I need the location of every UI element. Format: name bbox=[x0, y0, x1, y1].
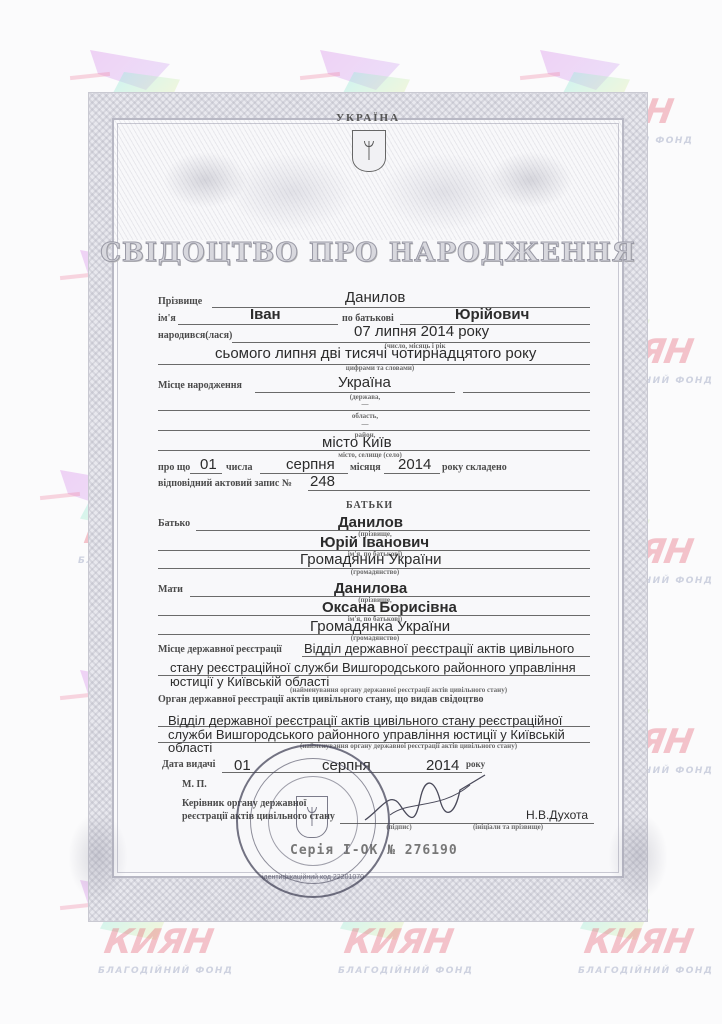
parents-section-title: БАТЬКИ bbox=[346, 500, 393, 511]
record-month: серпня bbox=[286, 456, 335, 473]
signature-hint: (підпис) bbox=[374, 823, 424, 831]
registration-place-line1-text: Відділ державної реєстрації актів цивіль… bbox=[304, 641, 574, 656]
mother-surname: Данилова bbox=[334, 580, 407, 597]
issuer-hint: (найменування органу державної реєстраці… bbox=[300, 742, 450, 750]
head-label-line2: реєстрації актів цивільного стану bbox=[182, 811, 335, 822]
name-line bbox=[178, 324, 338, 325]
mother-name: Оксана Борисівна bbox=[322, 599, 457, 616]
country-heading: УКРАЇНА bbox=[88, 112, 648, 124]
issuer-label: Орган державної реєстрації актів цивільн… bbox=[158, 694, 484, 705]
record-day: 01 bbox=[200, 456, 217, 473]
father-label: Батько bbox=[158, 518, 190, 529]
serial-number: Серія І-ОК № 276190 bbox=[290, 843, 458, 858]
surname-label: Прізвище bbox=[158, 296, 202, 307]
issue-date-label: Дата видачі bbox=[162, 759, 215, 770]
district-value: — bbox=[330, 420, 400, 428]
surname-value: Данилов bbox=[345, 289, 405, 306]
certificate-title: СВІДОЦТВО ПРО НАРОДЖЕННЯ bbox=[88, 238, 648, 268]
father-citizenship-hint: (громадянство) bbox=[320, 568, 430, 576]
issuer-line1-text: Відділ державної реєстрації актів цивіль… bbox=[168, 713, 562, 728]
birth-date-words-hint: цифрами та словами) bbox=[320, 364, 440, 372]
father-citizenship: Громадянин України bbox=[300, 551, 442, 568]
registration-place-line1 bbox=[302, 656, 590, 657]
ornament-bottom-left bbox=[68, 812, 128, 902]
record-day-line bbox=[190, 473, 222, 474]
record-day-label: числа bbox=[226, 462, 252, 473]
head-name-hint: (ініціали та прізвище) bbox=[458, 823, 558, 831]
issue-day: 01 bbox=[234, 757, 251, 774]
seal-label: М. П. bbox=[182, 779, 207, 790]
record-number: 248 bbox=[310, 473, 335, 490]
birth-date-digits: 07 липня 2014 року bbox=[354, 323, 489, 340]
record-prefix: про що bbox=[158, 462, 190, 473]
record-year-line bbox=[384, 473, 440, 474]
record-year: 2014 bbox=[398, 456, 431, 473]
father-surname: Данилов bbox=[338, 514, 403, 531]
born-label: народився(лася) bbox=[158, 330, 232, 341]
patronymic-value: Юрійович bbox=[455, 306, 529, 323]
trident-icon: ᛘ bbox=[352, 130, 386, 172]
region-line bbox=[158, 410, 590, 411]
record-no-label: відповідний актовий запис № bbox=[158, 478, 292, 489]
registration-place-hint: (найменування органу державної реєстраці… bbox=[290, 686, 440, 694]
birthplace-country: Україна bbox=[338, 374, 391, 391]
registration-place-line2-text: стану реєстраційної служби Вишгородськог… bbox=[170, 660, 576, 675]
hint-region: область, bbox=[330, 412, 400, 420]
ornament-bottom-right bbox=[608, 812, 668, 902]
issuer-line3-text: області bbox=[168, 740, 212, 755]
region-value: — bbox=[330, 400, 400, 408]
birthplace-label: Місце народження bbox=[158, 380, 242, 391]
birthplace-city: місто Київ bbox=[322, 434, 392, 451]
issue-year: 2014 bbox=[426, 757, 459, 774]
record-year-label: року складено bbox=[442, 462, 507, 473]
name-label: ім'я bbox=[158, 313, 176, 324]
name-value: Іван bbox=[250, 306, 281, 323]
issue-month: серпня bbox=[322, 757, 371, 774]
issue-year-suffix: року bbox=[466, 759, 485, 769]
birth-date-words: сьомого липня дві тисячі чотирнадцятого … bbox=[215, 345, 536, 362]
mother-label: Мати bbox=[158, 584, 183, 595]
issuer-line2-text: служби Вишгородського районного управлін… bbox=[168, 727, 565, 742]
record-no-line bbox=[308, 490, 590, 491]
head-name: Н.В.Духота bbox=[526, 808, 588, 822]
mother-citizenship: Громадянка України bbox=[310, 618, 450, 635]
record-month-label: місяця bbox=[350, 462, 381, 473]
registration-place-label: Місце державної реєстрації bbox=[158, 644, 282, 655]
head-label-line1: Керівник органу державної bbox=[182, 798, 306, 809]
birthplace-extra-line bbox=[463, 392, 590, 393]
father-name: Юрій Іванович bbox=[320, 534, 429, 551]
